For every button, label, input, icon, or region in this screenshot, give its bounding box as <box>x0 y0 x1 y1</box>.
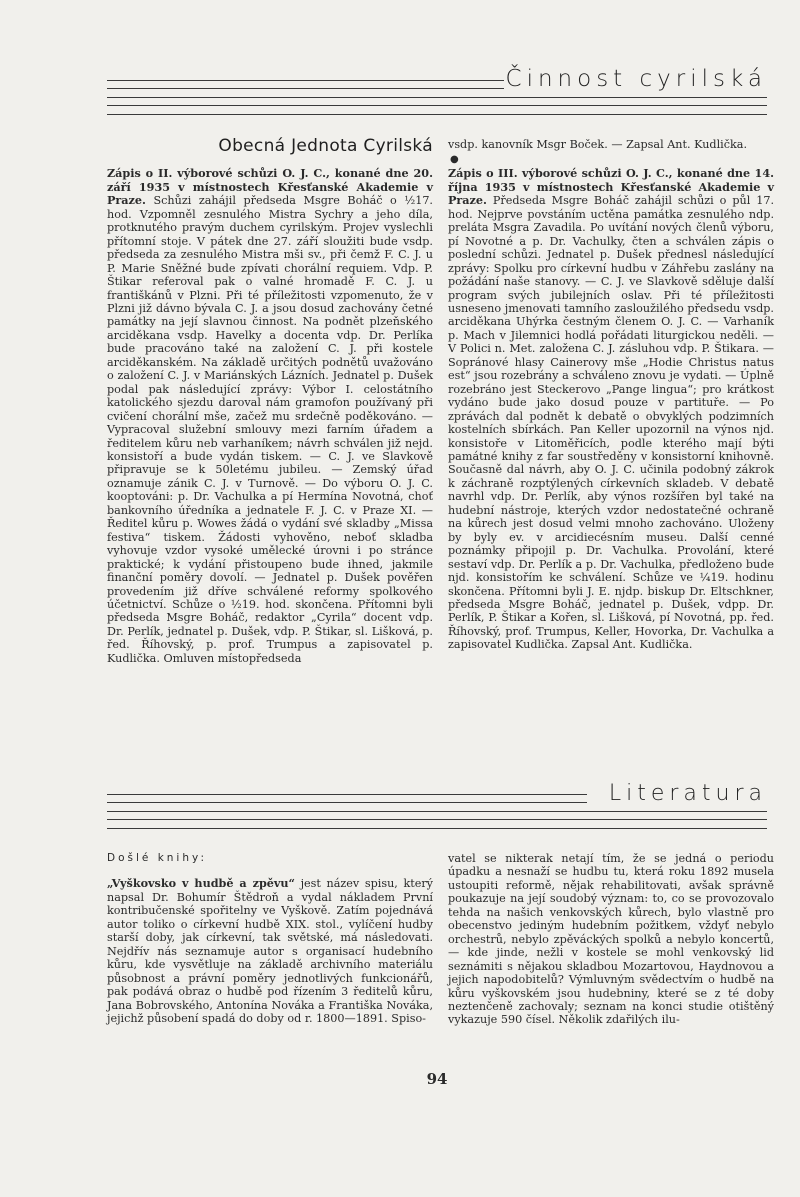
header-rule <box>107 819 767 820</box>
column-right-bottom: vatel se nikterak netají tím, že se jedn… <box>448 852 774 1027</box>
minutes-3-body: Předseda Msgre Boháč zahájil schůzi o pů… <box>448 194 774 651</box>
book-title: „Vyškovsko v hudbě a zpěvu“ <box>107 876 295 890</box>
book-review-body: jest název spisu, který napsal Dr. Bohum… <box>107 877 433 1025</box>
section-title: Činnost cyrilská <box>504 68 767 91</box>
column-right-top: vsdp. kanovník Msgr Boček. — Zapsal Ant.… <box>448 138 774 652</box>
section-header-cyril-activity: Činnost cyrilská <box>107 74 767 130</box>
column-left-top: Obecná Jednota Cyrilská Zápis o II. výbo… <box>107 140 433 665</box>
header-rule <box>107 105 767 106</box>
minutes-2-body: Schůzi zahájil předseda Msgre Boháč o ½1… <box>107 194 433 664</box>
book-review-continued: vatel se nikterak netají tím, že se jedn… <box>448 852 774 1027</box>
received-books-label: Došlé knihy: <box>107 852 433 865</box>
book-review-paragraph: „Vyškovsko v hudbě a zpěvu“ jest název s… <box>107 877 433 1025</box>
section-header-literature: Literatura <box>107 788 767 844</box>
header-rule <box>107 97 767 98</box>
minutes-2-continued: vsdp. kanovník Msgr Boček. — Zapsal Ant.… <box>448 138 774 151</box>
section-title: Literatura <box>607 783 767 805</box>
column-left-bottom: Došlé knihy: „Vyškovsko v hudbě a zpěvu“… <box>107 852 433 1025</box>
minutes-2-paragraph: Zápis o II. výborové schůzi O. J. C., ko… <box>107 167 433 665</box>
header-rule <box>107 802 587 803</box>
header-rule <box>107 80 507 81</box>
bullet-dot-icon: ● <box>450 155 774 165</box>
header-rule <box>107 88 507 89</box>
header-rule <box>107 794 587 795</box>
header-rule <box>107 811 767 812</box>
header-rule <box>107 828 767 829</box>
article-heading: Obecná Jednota Cyrilská <box>107 140 433 153</box>
minutes-3-paragraph: Zápis o III. výborové schůzi O. J. C., k… <box>448 167 774 651</box>
page-number: 94 <box>107 1070 767 1088</box>
header-rule <box>107 114 767 115</box>
